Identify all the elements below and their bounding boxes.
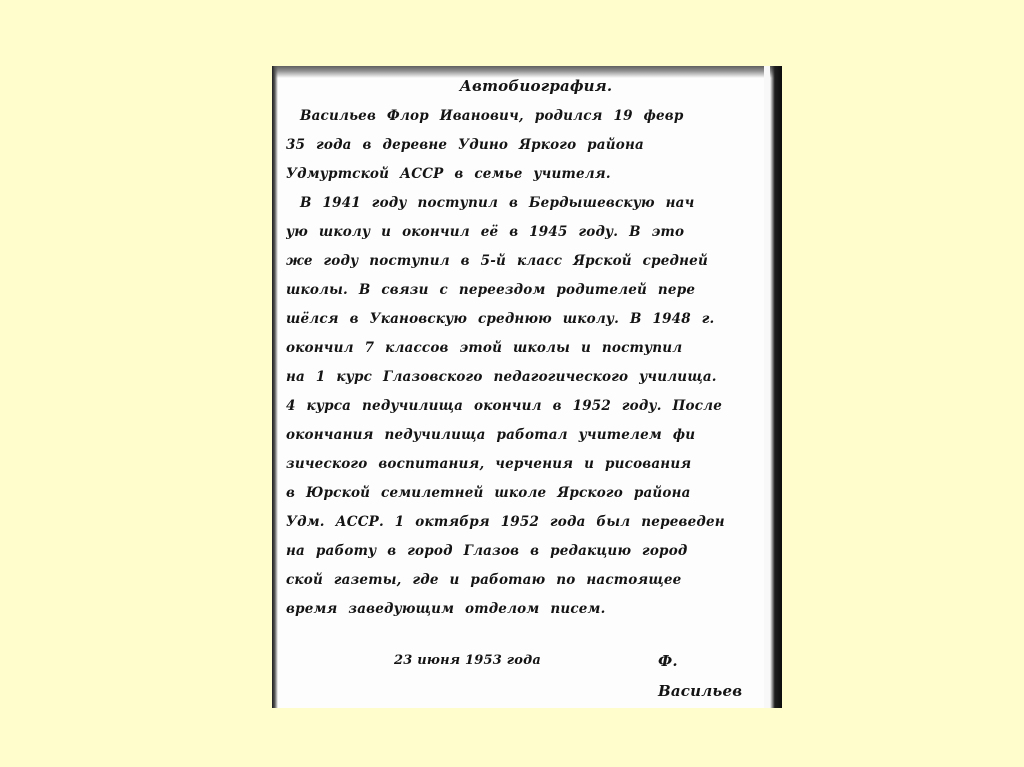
text-line: на работу в город Глазов в редакцию горо…: [286, 537, 766, 566]
text-line: В 1941 году поступил в Бердышевскую нач: [286, 189, 766, 218]
text-line: на 1 курс Глазовского педагогического уч…: [286, 363, 766, 392]
handwritten-text: Автобиография. Васильев Флор Иванович, р…: [286, 74, 766, 624]
text-line: Удмуртской АССР в семье учителя.: [286, 160, 766, 189]
text-line: ской газеты, где и работаю по настоящее: [286, 566, 766, 595]
scan-left-edge: [272, 66, 278, 708]
text-line: в Юрской семилетней школе Ярского района: [286, 479, 766, 508]
text-line: время заведующим отделом писем.: [286, 595, 766, 624]
slide-background: Автобиография. Васильев Флор Иванович, р…: [0, 0, 1024, 767]
document-date: 23 июня 1953 года: [394, 646, 541, 676]
signature: Ф. Васильев: [658, 646, 766, 706]
text-line: 4 курса педучилища окончил в 1952 году. …: [286, 392, 766, 421]
document-title: Автобиография.: [306, 74, 766, 98]
scanned-document: Автобиография. Васильев Флор Иванович, р…: [272, 66, 782, 708]
text-line: 35 года в деревне Удино Яркого района: [286, 131, 766, 160]
document-footer: 23 июня 1953 года Ф. Васильев: [286, 646, 766, 676]
scan-right-edge: [770, 66, 782, 708]
text-line: ую школу и окончил её в 1945 году. В это: [286, 218, 766, 247]
text-line: Васильев Флор Иванович, родился 19 февр: [286, 102, 766, 131]
text-line: шёлся в Укановскую среднюю школу. В 1948…: [286, 305, 766, 334]
text-line: окончания педучилища работал учителем фи: [286, 421, 766, 450]
text-line: зического воспитания, черчения и рисован…: [286, 450, 766, 479]
text-line: школы. В связи с переездом родителей пер…: [286, 276, 766, 305]
text-line: же году поступил в 5-й класс Ярской сред…: [286, 247, 766, 276]
text-line: Удм. АССР. 1 октября 1952 года был перев…: [286, 508, 766, 537]
text-line: окончил 7 классов этой школы и поступил: [286, 334, 766, 363]
